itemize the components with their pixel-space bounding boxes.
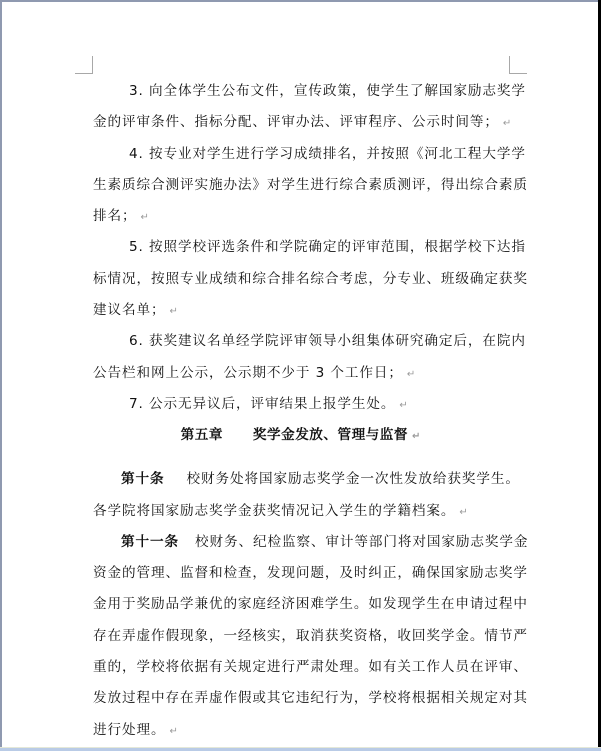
text-line: 4. 按专业对学生进行学习成绩排名，并按照《河北工程大学学 (93, 139, 508, 170)
text-line: 标情况，按照专业成绩和综合排名综合考虑，分专业、班级确定获奖 (93, 264, 508, 295)
text-line: 发放过程中存在弄虚作假或其它违纪行为，学校将根据相关规定对其 (93, 683, 508, 714)
window-frame-top (0, 0, 601, 2)
paragraph-item-3: 3. 向全体学生公布文件，宣传政策，使学生了解国家励志奖学 金的评审条件、指标分… (93, 76, 508, 139)
article-title: 第十一条 (121, 534, 179, 550)
document-page[interactable]: 3. 向全体学生公布文件，宣传政策，使学生了解国家励志奖学 金的评审条件、指标分… (93, 76, 508, 746)
paragraph-mark-icon: ↵ (407, 369, 415, 380)
text-line: 3. 向全体学生公布文件，宣传政策，使学生了解国家励志奖学 (93, 76, 508, 107)
paragraph-item-4: 4. 按专业对学生进行学习成绩排名，并按照《河北工程大学学 生素质综合测评实施办… (93, 139, 508, 233)
margin-corner-mark-top-left (75, 56, 93, 74)
text-line: 各学院将国家励志奖学金获奖情况记入学生的学籍档案。↵ (93, 496, 508, 527)
text-line: 排名；↵ (93, 201, 508, 232)
paragraph-item-7: 7. 公示无异议后，评审结果上报学生处。↵ (93, 389, 508, 420)
paragraph-item-5: 5. 按照学校评选条件和学院确定的评审范围，根据学校下达指 标情况，按照专业成绩… (93, 232, 508, 326)
paragraph-mark-icon: ↵ (140, 212, 148, 223)
text-line: 生素质综合测评实施办法》对学生进行综合素质测评，得出综合素质 (93, 170, 508, 201)
paragraph-item-6: 6. 获奖建议名单经学院评审领导小组集体研究确定后，在院内 公告栏和网上公示，公… (93, 326, 508, 389)
paragraph-mark-icon: ↵ (169, 726, 177, 737)
text-line: 资金的管理、监督和检查，发现问题，及时纠正，确保国家励志奖学 (93, 558, 508, 589)
paragraph-mark-icon: ↵ (459, 507, 467, 518)
paragraph-mark-icon: ↵ (412, 431, 420, 442)
text-line: 7. 公示无异议后，评审结果上报学生处。↵ (93, 389, 508, 420)
text-line: 第十条校财务处将国家励志奖学金一次性发放给获奖学生。 (93, 464, 508, 495)
text-line: 5. 按照学校评选条件和学院确定的评审范围，根据学校下达指 (93, 232, 508, 263)
text-line: 建议名单；↵ (93, 295, 508, 326)
text-line: 6. 获奖建议名单经学院评审领导小组集体研究确定后，在院内 (93, 326, 508, 357)
chapter-number: 第五章 (181, 427, 223, 443)
text-line: 进行处理。↵ (93, 715, 508, 746)
text-line: 金的评审条件、指标分配、评审办法、评审程序、公示时间等；↵ (93, 107, 508, 138)
window-frame-left (0, 0, 2, 751)
paragraph-mark-icon: ↵ (169, 306, 177, 317)
article-10: 第十条校财务处将国家励志奖学金一次性发放给获奖学生。 各学院将国家励志奖学金获奖… (93, 464, 508, 527)
text-line: 第十一条校财务、纪检监察、审计等部门将对国家励志奖学金 (93, 527, 508, 558)
text-line: 重的，学校将依据有关规定进行严肃处理。如有关工作人员在评审、 (93, 652, 508, 683)
chapter-title: 奖学金发放、管理与监督 (253, 427, 408, 443)
paragraph-mark-icon: ↵ (399, 400, 407, 411)
paragraph-mark-icon: ↵ (503, 118, 511, 129)
margin-corner-mark-top-right (509, 56, 527, 74)
text-line: 公告栏和网上公示，公示期不少于 3 个工作日；↵ (93, 358, 508, 389)
article-11: 第十一条校财务、纪检监察、审计等部门将对国家励志奖学金 资金的管理、监督和检查，… (93, 527, 508, 746)
text-line: 金用于奖励品学兼优的家庭经济困难学生。如发现学生在申请过程中 (93, 589, 508, 620)
article-title: 第十条 (121, 471, 164, 487)
chapter-heading: 第五章奖学金发放、管理与监督↵ (93, 420, 508, 464)
text-line: 存在弄虚作假现象，一经核实，取消获奖资格，收回奖学金。情节严 (93, 621, 508, 652)
